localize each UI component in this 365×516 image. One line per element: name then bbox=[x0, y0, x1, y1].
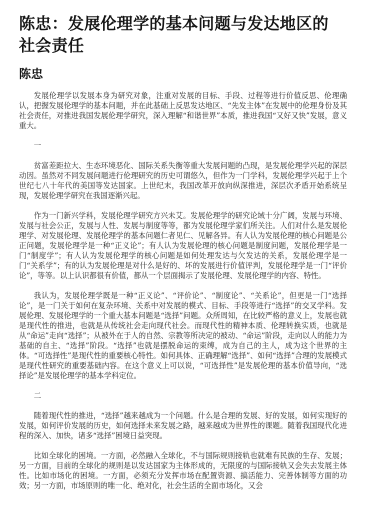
section-marker: 二 bbox=[19, 391, 347, 401]
article-author: 陈忠 bbox=[19, 67, 347, 81]
article-body: 发展伦理学以发展本身为研究对象，注重对发展的目标、手段、过程等进行价值反思、伦理… bbox=[19, 91, 347, 491]
paragraph: 作为一门新兴学科，发展伦理学研究方兴未艾。发展伦理学的研究论域十分广阔，发展与环… bbox=[19, 211, 347, 281]
paragraph: 比如全球化的困境。一方面，必然融入全球化，不与国际规则接轨也就难有民族的生存、发… bbox=[19, 451, 347, 491]
document-page: 陈忠：发展伦理学的基本问题与发达地区的社会责任 陈忠 发展伦理学以发展本身为研究… bbox=[0, 0, 365, 516]
section-marker: 一 bbox=[19, 141, 347, 151]
article-title: 陈忠：发展伦理学的基本问题与发达地区的社会责任 bbox=[19, 14, 333, 58]
paragraph: 我认为，发展伦理学既是一种“正义论”、“评价论”、“制度论”、“关系论”，但更是… bbox=[19, 291, 347, 381]
paragraph: 贫富差距拉大、生态环境恶化、国际关系失衡等重大发展问题的凸现，是发展伦理学兴起的… bbox=[19, 161, 347, 201]
paragraph: 发展伦理学以发展本身为研究对象，注重对发展的目标、手段、过程等进行价值反思、伦理… bbox=[19, 91, 347, 131]
paragraph: 随着现代性的推进，“选择”越来越成为一个问题。什么是合理的发展、好的发展，如何实… bbox=[19, 411, 347, 441]
